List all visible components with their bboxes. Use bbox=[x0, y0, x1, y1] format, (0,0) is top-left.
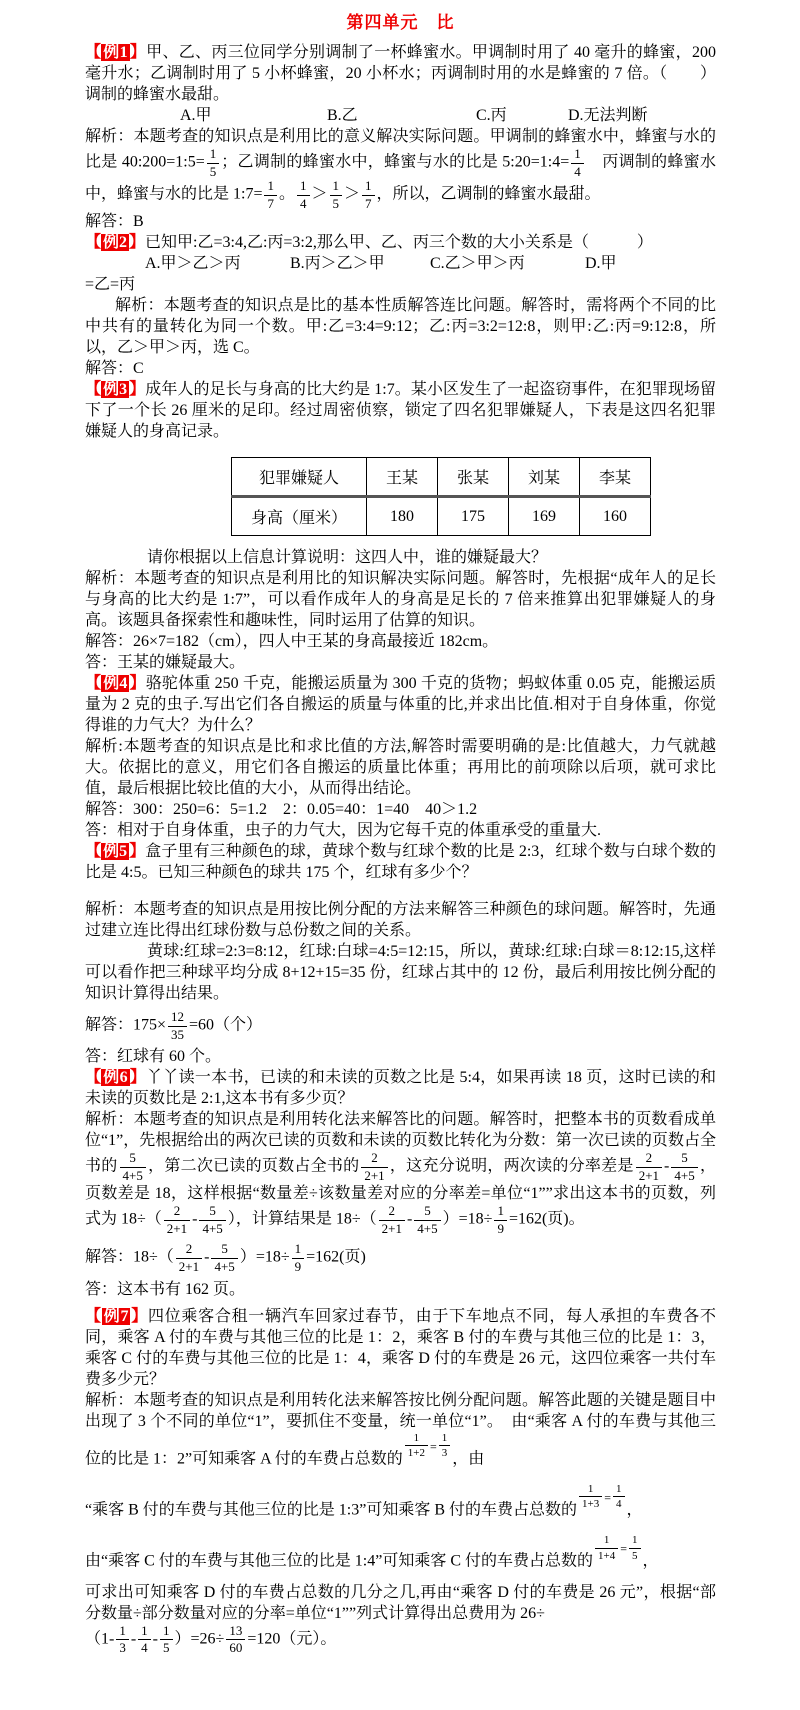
table-cell: 169 bbox=[509, 497, 580, 536]
marker-highlight: 例3 bbox=[101, 381, 129, 398]
example-7-marker: 【例7】 bbox=[85, 1308, 148, 1325]
marker-label: 例 bbox=[103, 675, 119, 692]
example-5-statement: 【例5】盒子里有三种颜色的球，黄球个数与红球个数的比是 2:3，红球个数与白球个… bbox=[85, 841, 716, 883]
raised-operator: = bbox=[430, 1439, 437, 1453]
example-4-statement: 【例4】骆驼体重 250 千克，能搬运质量为 300 千克的货物；蚂蚁体重 0.… bbox=[85, 673, 716, 736]
suspect-table: 犯罪嫌疑人 王某 张某 刘某 李某 身高（厘米） 180 175 169 160 bbox=[231, 457, 651, 536]
option-d: D.甲 bbox=[585, 253, 617, 274]
example-7-analysis-1: 解析：本题考查的知识点是利用转化法来解答按比例分配问题。解答此题的关键是题目中出… bbox=[85, 1390, 716, 1469]
fraction: 14 bbox=[613, 1483, 625, 1511]
raised-operator: = bbox=[604, 1490, 611, 1504]
raised-operator: = bbox=[620, 1542, 627, 1556]
example-1-analysis: 解析：本题考查的知识点是利用比的意义解决实际问题。甲调制的蜂蜜水中，蜂蜜与水的比… bbox=[85, 126, 716, 211]
fraction: 14 bbox=[297, 179, 310, 211]
table-cell: 180 bbox=[367, 497, 438, 536]
marker-label: 例 bbox=[104, 1308, 121, 1325]
table-header-cell: 犯罪嫌疑人 bbox=[232, 458, 367, 497]
marker-highlight: 例7 bbox=[102, 1308, 131, 1325]
marker-close-bracket: 】 bbox=[129, 381, 145, 398]
example-5-conclusion: 答：红球有 60 个。 bbox=[85, 1046, 716, 1067]
fraction: 54+5 bbox=[414, 1204, 440, 1236]
marker-label: 例 bbox=[103, 843, 119, 860]
marker-label: 例 bbox=[103, 44, 119, 61]
table-header-cell: 张某 bbox=[438, 458, 509, 497]
marker-open-bracket: 【 bbox=[85, 44, 101, 61]
marker-number: 5 bbox=[119, 843, 127, 860]
fraction: 54+5 bbox=[120, 1151, 146, 1183]
option-a: A.甲 bbox=[180, 105, 327, 126]
fraction: 11+3 bbox=[579, 1483, 602, 1511]
statement-text: 四位乘客合租一辆汽车回家过春节，由于下车地点不同，每人承担的车费各不同，乘客 A… bbox=[85, 1308, 716, 1388]
marker-highlight: 例4 bbox=[101, 675, 129, 692]
marker-number: 1 bbox=[120, 44, 128, 61]
table-header-cell: 李某 bbox=[580, 458, 651, 497]
table-cell: 身高（厘米） bbox=[232, 497, 367, 536]
page-title: 第四单元 比 bbox=[85, 8, 716, 33]
statement-text: 成年人的足长与身高的比大约是 1:7。某小区发生了一起盗窃事件，在犯罪现场留下了… bbox=[85, 381, 716, 440]
example-3-analysis: 解析：本题考查的知识点是利用比的知识解决实际问题。解答时，先根据“成年人的足长与… bbox=[85, 568, 716, 631]
table-data-row: 身高（厘米） 180 175 169 160 bbox=[232, 497, 651, 536]
statement-text: 骆驼体重 250 千克，能搬运质量为 300 千克的货物；蚂蚁体重 0.05 克… bbox=[85, 675, 716, 734]
marker-highlight: 例2 bbox=[101, 234, 129, 251]
example-5-marker: 【例5】 bbox=[85, 843, 145, 860]
option-b: B.乙 bbox=[327, 105, 476, 126]
marker-close-bracket: 】 bbox=[129, 234, 145, 251]
fraction: 15 bbox=[160, 1624, 173, 1656]
example-1-statement: 【例1】甲、乙、丙三位同学分别调制了一杯蜂蜜水。甲调制时用了 40 毫升的蜂蜜，… bbox=[85, 42, 716, 105]
example-3-statement: 【例3】成年人的足长与身高的比大约是 1:7。某小区发生了一起盗窃事件，在犯罪现… bbox=[85, 379, 716, 442]
fraction: 15 bbox=[207, 147, 220, 179]
example-7-statement: 【例7】四位乘客合租一辆汽车回家过春节，由于下车地点不同，每人承担的车费各不同，… bbox=[85, 1306, 716, 1390]
example-5-detail: 黄球:红球=2:3=8:12，红球:白球=4:5=12:15，所以，黄球:红球:… bbox=[85, 941, 716, 1004]
marker-close-bracket: 】 bbox=[129, 843, 145, 860]
example-3-conclusion: 答：王某的嫌疑最大。 bbox=[85, 652, 716, 673]
marker-label: 例 bbox=[103, 381, 119, 398]
fraction: 17 bbox=[362, 179, 375, 211]
fraction: 11+4 bbox=[595, 1534, 618, 1562]
fraction: 54+5 bbox=[211, 1242, 237, 1274]
example-2-marker: 【例2】 bbox=[85, 234, 145, 251]
marker-highlight: 例1 bbox=[101, 44, 129, 61]
fraction: 22+1 bbox=[379, 1204, 405, 1236]
example-7-analysis-4: 可求出可知乘客 D 付的车费占总数的几分之几,再由“乘客 D 付的车费是 26 … bbox=[85, 1582, 716, 1624]
fraction: 13 bbox=[439, 1432, 451, 1460]
option-b: B.丙＞乙＞甲 bbox=[290, 253, 430, 274]
marker-open-bracket: 【 bbox=[85, 381, 101, 398]
marker-number: 4 bbox=[119, 675, 127, 692]
table-header-cell: 王某 bbox=[367, 458, 438, 497]
example-6-conclusion: 答：这本书有 162 页。 bbox=[85, 1279, 716, 1300]
table-header-row: 犯罪嫌疑人 王某 张某 刘某 李某 bbox=[232, 458, 651, 497]
marker-highlight: 例6 bbox=[101, 1069, 129, 1086]
example-6-marker: 【例6】 bbox=[85, 1069, 146, 1086]
option-a: A.甲＞乙＞丙 bbox=[145, 253, 290, 274]
marker-close-bracket: 】 bbox=[130, 1069, 147, 1086]
example-4-analysis: 解析:本题考查的知识点是比和求比值的方法,解答时需要明确的是:比值越大，力气就越… bbox=[85, 736, 716, 799]
example-6-answer: 解答：18÷（22+1-54+5）=18÷19=162(页) bbox=[85, 1242, 716, 1274]
example-1-options: A.甲B.乙C.丙D.无法判断 bbox=[85, 105, 716, 126]
example-3-answer: 解答：26×7=182（cm），四人中王某的身高最接近 182cm。 bbox=[85, 631, 716, 652]
marker-number: 2 bbox=[119, 234, 127, 251]
fraction: 1360 bbox=[226, 1624, 245, 1656]
example-5-analysis: 解析：本题考查的知识点是用按比例分配的方法来解答三种颜色的球问题。解答时，先通过… bbox=[85, 899, 716, 941]
marker-label: 例 bbox=[103, 1069, 119, 1086]
example-6-statement: 【例6】丫丫读一本书，已读的和未读的页数之比是 5:4，如果再读 18 页，这时… bbox=[85, 1067, 716, 1109]
marker-highlight: 例5 bbox=[101, 843, 129, 860]
fraction: 22+1 bbox=[164, 1204, 190, 1236]
statement-text: 甲、乙、丙三位同学分别调制了一杯蜂蜜水。甲调制时用了 40 毫升的蜂蜜，200 … bbox=[85, 44, 716, 103]
option-c: C.乙＞甲＞丙 bbox=[430, 253, 585, 274]
example-1-answer: 解答：B bbox=[85, 211, 716, 232]
example-5-answer: 解答：175×1235=60（个） bbox=[85, 1010, 716, 1042]
marker-close-bracket: 】 bbox=[130, 44, 147, 61]
fraction: 22+1 bbox=[636, 1151, 662, 1183]
fraction: 22+1 bbox=[176, 1242, 202, 1274]
fraction: 22+1 bbox=[361, 1151, 387, 1183]
document-page: 第四单元 比 【例1】甲、乙、丙三位同学分别调制了一杯蜂蜜水。甲调制时用了 40… bbox=[0, 0, 800, 1656]
example-3-question: 请你根据以上信息计算说明：这四人中，谁的嫌疑最大？ bbox=[85, 547, 716, 568]
statement-text: 盒子里有三种颜色的球，黄球个数与红球个数的比是 2:3，红球个数与白球个数的比是… bbox=[85, 843, 716, 881]
marker-number: 3 bbox=[119, 381, 127, 398]
fraction: 14 bbox=[571, 147, 584, 179]
example-7-answer: （1-13-14-15）=26÷1360=120（元）。 bbox=[85, 1624, 716, 1656]
example-2-answer: 解答：C bbox=[85, 358, 716, 379]
example-2-options-overflow: =乙=丙 bbox=[85, 274, 716, 295]
example-2-analysis: 解析：本题考查的知识点是比的基本性质解答连比问题。解答时，需将两个不同的比中共有… bbox=[85, 295, 716, 358]
marker-number: 7 bbox=[120, 1308, 128, 1325]
example-7-analysis-3: 由“乘客 C 付的车费与其他三位的比是 1:4”可知乘客 C 付的车费占总数的1… bbox=[85, 1534, 716, 1571]
marker-open-bracket: 【 bbox=[85, 843, 101, 860]
marker-open-bracket: 【 bbox=[85, 234, 101, 251]
fraction: 13 bbox=[116, 1624, 129, 1656]
example-4-answer: 解答：300：250=6：5=1.2 2：0.05=40：1=40 40＞1.2 bbox=[85, 799, 716, 820]
statement-text: 已知甲:乙=3:4,乙:丙=3:2,那么甲、乙、丙三个数的大小关系是（ ） bbox=[145, 234, 653, 251]
marker-close-bracket: 】 bbox=[129, 675, 145, 692]
example-3-marker: 【例3】 bbox=[85, 381, 145, 398]
table-header-cell: 刘某 bbox=[509, 458, 580, 497]
example-7-analysis-2: “乘客 B 付的车费与其他三位的比是 1:3”可知乘客 B 付的车费占总数的11… bbox=[85, 1483, 716, 1520]
marker-label: 例 bbox=[103, 234, 119, 251]
fraction: 19 bbox=[292, 1242, 305, 1274]
marker-open-bracket: 【 bbox=[85, 1308, 102, 1325]
example-2-options: A.甲＞乙＞丙B.丙＞乙＞甲C.乙＞甲＞丙D.甲 bbox=[85, 253, 716, 274]
fraction: 15 bbox=[330, 179, 343, 211]
option-d: D.无法判断 bbox=[568, 105, 648, 126]
marker-open-bracket: 【 bbox=[85, 1069, 101, 1086]
marker-number: 6 bbox=[120, 1069, 128, 1086]
option-c: C.丙 bbox=[476, 105, 568, 126]
statement-text: 丫丫读一本书，已读的和未读的页数之比是 5:4，如果再读 18 页，这时已读的和… bbox=[85, 1069, 716, 1107]
table-cell: 175 bbox=[438, 497, 509, 536]
marker-close-bracket: 】 bbox=[130, 1308, 147, 1325]
fraction: 19 bbox=[494, 1204, 507, 1236]
fraction: 1235 bbox=[168, 1010, 187, 1042]
fraction: 17 bbox=[264, 179, 277, 211]
example-1-marker: 【例1】 bbox=[85, 44, 146, 61]
fraction: 11+2 bbox=[405, 1432, 428, 1460]
fraction: 54+5 bbox=[671, 1151, 697, 1183]
example-4-conclusion: 答：相对于自身体重，虫子的力气大，因为它每千克的体重承受的重量大. bbox=[85, 820, 716, 841]
fraction: 14 bbox=[138, 1624, 151, 1656]
fraction: 15 bbox=[629, 1534, 641, 1562]
fraction: 54+5 bbox=[199, 1204, 225, 1236]
table-cell: 160 bbox=[580, 497, 651, 536]
example-4-marker: 【例4】 bbox=[85, 675, 146, 692]
example-2-statement: 【例2】已知甲:乙=3:4,乙:丙=3:2,那么甲、乙、丙三个数的大小关系是（ … bbox=[85, 232, 716, 253]
example-6-analysis: 解析：本题考查的知识点是利用转化法来解答比的问题。解答时，把整本书的页数看成单位… bbox=[85, 1109, 716, 1236]
marker-open-bracket: 【 bbox=[85, 675, 101, 692]
